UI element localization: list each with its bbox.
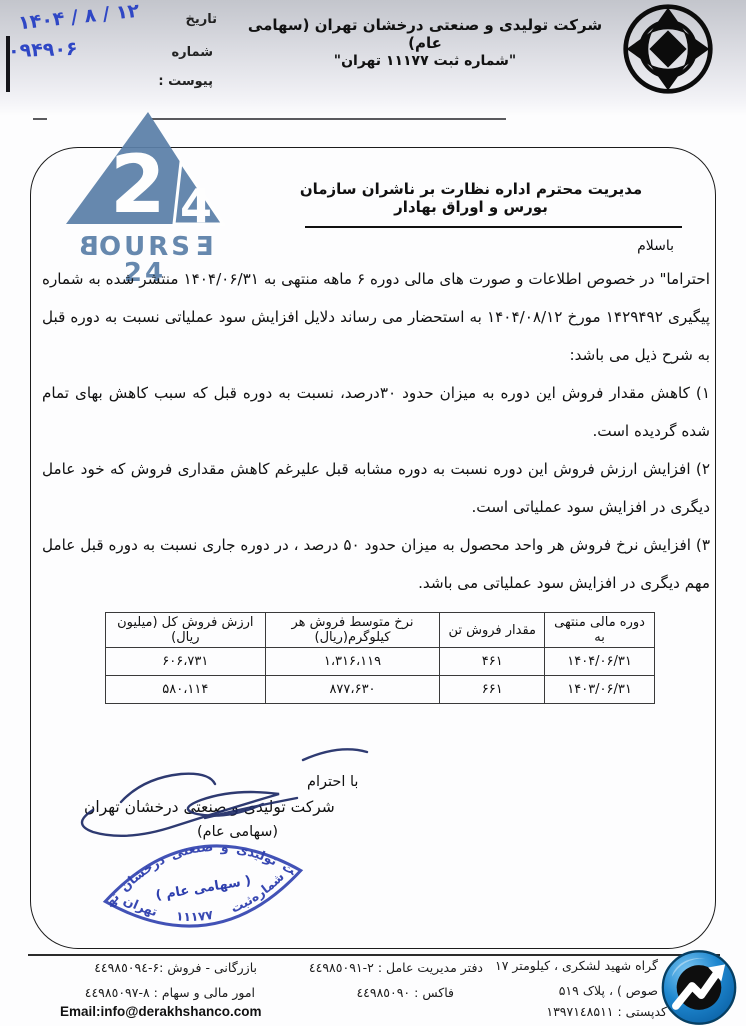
col-period: دوره مالی منتهی به bbox=[545, 613, 655, 648]
footer-postal-code: کدپستی : ۱۳۹۷۱٤۸۵۱۱ bbox=[546, 1004, 667, 1019]
footer-email: Email:info@derakhshanco.com bbox=[60, 1004, 261, 1019]
footer-address-line2: صوص ) ، پلاک ۵۱۹ bbox=[559, 983, 658, 998]
number-handwritten-value: ۰۹۴۹۰۶ bbox=[8, 38, 78, 62]
attachment-label: پیوست : bbox=[158, 74, 213, 89]
letter-body: احتراما" در خصوص اطلاعات و صورت های مالی… bbox=[42, 260, 710, 602]
col-quantity: مقدار فروش تن bbox=[440, 613, 545, 648]
cell-quantity: ۴۶۱ bbox=[440, 648, 545, 676]
footer-divider bbox=[28, 954, 720, 956]
footer-finance-shares-phone: امور مالی و سهام : ۸-٤٤٩٨٥٠٩٧ bbox=[85, 985, 255, 1000]
footer-ceo-office-phone: دفتر مدیریت عامل : ۲-٤٤٩٨٥٠٩١ bbox=[309, 960, 483, 975]
cell-avg-rate: ۸۷۷،۶۳۰ bbox=[265, 676, 440, 704]
bourse24-triangle-icon: 2 4 bbox=[60, 110, 230, 230]
number-label: شماره bbox=[171, 45, 213, 60]
bourse24-digit-2: 2 bbox=[110, 138, 166, 230]
cell-total-value: ۵۸۰،۱۱۴ bbox=[106, 676, 266, 704]
footer-address-line1: گراه شهید لشکری ، کیلومتر ۱۷ bbox=[495, 958, 658, 973]
bourse24-digit-4: 4 bbox=[180, 179, 212, 230]
col-avg-rate: نرخ متوسط فروش هر کیلوگرم(ریال) bbox=[265, 613, 440, 648]
header-divider-left bbox=[33, 118, 47, 120]
paragraph-intro: احتراما" در خصوص اطلاعات و صورت های مالی… bbox=[42, 260, 710, 374]
scanned-letter-page: شرکت تولیدی و صنعتی درخشان تهران (سهامی … bbox=[0, 0, 746, 1026]
stock-chart-badge-icon bbox=[660, 949, 738, 1026]
company-name-header: شرکت تولیدی و صنعتی درخشان تهران (سهامی … bbox=[230, 16, 620, 52]
cell-quantity: ۶۶۱ bbox=[440, 676, 545, 704]
cell-period: ۱۴۰۴/۰۶/۳۱ bbox=[545, 648, 655, 676]
table-row: ۱۴۰۳/۰۶/۳۱ ۶۶۱ ۸۷۷،۶۳۰ ۵۸۰،۱۱۴ bbox=[106, 676, 655, 704]
col-total-value: ارزش فروش کل (میلیون ریال) bbox=[106, 613, 266, 648]
registration-number-header: "شماره ثبت ۱۱۱۷۷ تهران" bbox=[230, 53, 620, 69]
recipient-title: مدیریت محترم اداره نظارت بر ناشران سازما… bbox=[295, 180, 647, 216]
footer-commerce-sales-phone: بازرگانی - فروش :۶-٤٤٩٨٥٠٩٤ bbox=[94, 960, 257, 975]
cell-avg-rate: ۱،۳۱۶،۱۱۹ bbox=[265, 648, 440, 676]
salutation: باسلام bbox=[637, 238, 674, 254]
cell-period: ۱۴۰۳/۰۶/۳۱ bbox=[545, 676, 655, 704]
title-underline bbox=[305, 226, 682, 228]
paragraph-point-2: ۲) افزایش ارزش فروش این دوره نسبت به دور… bbox=[42, 450, 710, 526]
table-header-row: دوره مالی منتهی به مقدار فروش تن نرخ متو… bbox=[106, 613, 655, 648]
date-label: تاریخ bbox=[186, 12, 218, 27]
table-row: ۱۴۰۴/۰۶/۳۱ ۴۶۱ ۱،۳۱۶،۱۱۹ ۶۰۶،۷۳۱ bbox=[106, 648, 655, 676]
footer-fax: فاکس : ٤٤٩٨٥٠٩٠ bbox=[356, 985, 454, 1000]
sales-comparison-table: دوره مالی منتهی به مقدار فروش تن نرخ متو… bbox=[105, 612, 655, 704]
paragraph-point-1: ۱) کاهش مقدار فروش این دوره به میزان حدو… bbox=[42, 374, 710, 450]
company-emblem-icon bbox=[621, 2, 715, 96]
cell-total-value: ۶۰۶،۷۳۱ bbox=[106, 648, 266, 676]
paragraph-point-3: ۳) افزایش نرخ فروش هر واحد محصول به میزا… bbox=[42, 526, 710, 602]
